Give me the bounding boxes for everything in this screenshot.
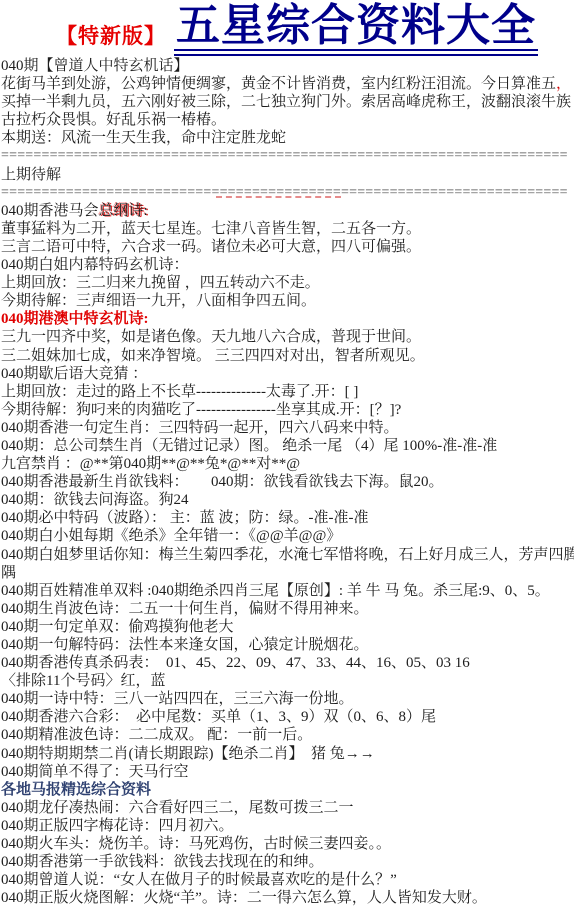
text-line: 040期精准波色诗：二二成双。 配：一前一后。 [1, 726, 574, 744]
lottery-info-sheet: 【特新版】 五星综合资料大全 040期【曾道人中特玄机话】花街马羊到处游，公鸡钟… [0, 0, 574, 908]
separator-line: ========================================… [1, 147, 574, 165]
text-line: 040期龙仔凑热闹：六合看好四三二，尾数可拨三二一 [1, 799, 574, 817]
section-heading: 各地马报精选综合资料 [1, 781, 574, 799]
text-line: 040期【曾道人中特玄机话】 [1, 57, 574, 75]
text-line: 040期歇后语大竞猜 ： [1, 365, 574, 383]
text-segment: 040期正版四字梅花诗：四月初六。 [1, 818, 234, 834]
text-line: 040期香港第一手欲钱料：欲钱去找现在的和绅。 [1, 853, 574, 871]
text-segment: 040期香港第一手欲钱料：欲钱去找现在的和绅。 [1, 854, 324, 870]
text-line: 今期待解：三声细语一九开，八面相争四五间。 [1, 292, 574, 310]
text-segment: 三言二语可中特，六合求一码。诸位未必可大意，四八可偏强。 [1, 239, 421, 255]
text-line: 040期一句定单双：偷鸡摸狗他老大 [1, 618, 574, 636]
text-line: 三言二语可中特，六合求一码。诸位未必可大意，四八可偏强。 [1, 238, 574, 256]
text-line: 040期：欲钱去问海盗。狗24 [1, 491, 574, 509]
text-line: 040期香港传真杀码表： 01、45、22、09、47、33、44、16、05、… [1, 654, 574, 672]
text-line: 三九一四齐中奖，如是诸色像。天九地八六合成，普现于世间。 [1, 328, 574, 346]
text-line: 040期正版四字梅花诗：四月初六。 [1, 817, 574, 835]
text-line: 040期：总公司禁生肖（无错过记录）图。 绝杀一尾 （4）尾 100%-准-准-… [1, 437, 574, 455]
text-segment: 040期香港一句定生肖：三四特码一起开，四六八码来中特。 [1, 420, 399, 436]
text-line: 040期正版火烧图解：火烧“羊”。诗：二一得六怎么算，人人皆知发大财。 [1, 889, 574, 907]
text-line: 040期曾道人说：“女人在做月子的时候最喜欢吃的是什么？” [1, 871, 574, 889]
text-line: 040期香港一句定生肖：三四特码一起开，四六八码来中特。 [1, 419, 574, 437]
text-segment: 040期曾道人说：“女人在做月子的时候最喜欢吃的是什么？” [1, 872, 397, 888]
text-line: 三二姐妹加七成，如来净智境。 三三四四对对出，智者所观见。 [1, 347, 574, 365]
text-segment: 040期生肖波色诗：二五一十何生肖，偏财不得用神来。 [1, 601, 369, 617]
text-segment: 040期白姐梦里话你知：梅兰生菊四季花，水淹七军惜将晚，石上好月成三人，芳声四腾… [1, 547, 574, 563]
print-artifact-red [216, 196, 341, 198]
separator-line: ========================================… [1, 184, 574, 202]
text-segment: 本期送：风流一生天生我，命中注定胜龙蛇 [1, 130, 286, 146]
text-segment: 040期一句解特码：法性本来逢女国，心猿定计脱烟花。 [1, 637, 369, 653]
text-segment: 040期歇后语大竞猜 ： [1, 366, 147, 382]
text-segment: 今期待解：三声细语一九开，八面相争四五间。 [1, 293, 316, 309]
text-segment: 040期特期期禁二肖(请长期跟踪)【绝杀二肖】 猪 兔→→ [1, 746, 375, 762]
text-line: 040期白姐梦里话你知：梅兰生菊四季花，水淹七军惜将晚，石上好月成三人，芳声四腾… [1, 546, 574, 564]
text-segment: 隅 [1, 565, 16, 581]
text-segment: 040期【曾道人中特玄机话】 [1, 58, 189, 74]
text-segment: 040期香港传真杀码表： 01、45、22、09、47、33、44、16、05、… [1, 655, 470, 671]
text-line: 上期待解 [1, 166, 574, 184]
text-line: 040期香港六合彩： 必中尾数：买单（1、3、9）双（0、6、8）尾 [1, 708, 574, 726]
text-line: 今期待解：狗叼来的肉猫吃了----------------坐享其成.开：[？]? [1, 401, 574, 419]
text-segment: 古拉朽众畏惧。好乱乐祸一椿椿。 [1, 112, 226, 128]
text-line: 040期必中特码（波路）： 主：蓝 波；防：绿。-准-准-准 [1, 509, 574, 527]
text-line: 040期白小姐每期《绝杀》全年错一：《@@羊@@》 [1, 527, 574, 545]
text-segment: 040期白姐内幕特码玄机诗： [1, 257, 189, 273]
text-segment: ========================================… [1, 148, 568, 163]
page-title: 五星综合资料大全 [174, 4, 538, 56]
text-segment: 花街马羊到处游，公鸡钟情便绸寥，黄金不计皆消费，室内红粉汪泪流。今日算准五 [1, 76, 556, 92]
text-segment: 三二姐妹加七成，如来净智境。 三三四四对对出，智者所观见。 [1, 348, 425, 364]
text-segment: 今期待解：狗叼来的肉猫吃了----------------坐享其成.开：[？]? [1, 402, 401, 418]
text-segment: 董事猛料为二开，蓝天七星连。七津八音皆生智，二五各一方。 [1, 221, 421, 237]
text-segment: 040期：欲钱去问海盗。狗24 [1, 492, 189, 508]
text-segment: 各地马报精选综合资料 [1, 782, 151, 798]
text-line: 040期百姓精准单双料 :040期绝杀四肖三尾【原创】: 羊 牛 马 兔。杀三尾… [1, 582, 574, 600]
text-segment: 040期白小姐每期《绝杀》全年错一：《@@羊@@》 [1, 528, 341, 544]
text-segment: 040期：总公司禁生肖（无错过记录）图。 绝杀一尾 （4）尾 100%-准-准-… [1, 438, 497, 454]
text-segment: 040期正版火烧图解：火烧“羊”。诗：二一得六怎么算，人人皆知发大财。 [1, 890, 487, 906]
text-segment: 九宫禁肖 ：@**第040期**@**兔*@**对**@ [1, 456, 300, 472]
text-line: 040期火车头：烧伤羊。诗：马死鸡伤，古时候三妻四妾。。 [1, 835, 574, 853]
text-line: 040期一诗中特：三八一站四四在，三三六海一份地。 [1, 690, 574, 708]
text-segment: 040期百姓精准单双料 :040期绝杀四肖三尾【原创】: 羊 牛 马 兔。杀三尾… [1, 583, 550, 599]
text-line: 040期香港马会总纲诗: [1, 202, 574, 220]
text-segment: 〈排除11个号码〉红，蓝 [1, 673, 165, 689]
text-line: 九宫禁肖 ：@**第040期**@**兔*@**对**@ [1, 455, 574, 473]
text-segment: 040期港澳中特玄机诗: [1, 311, 149, 327]
text-line: 040期港澳中特玄机诗: [1, 310, 574, 328]
page-header: 【特新版】 五星综合资料大全 [0, 4, 574, 56]
text-segment: 040期香港马会 [1, 203, 99, 219]
text-segment: 040期香港最新生肖欲钱料： 040期：欲钱看欲钱去下海。鼠20。 [1, 474, 444, 490]
content-lines: 040期【曾道人中特玄机话】花街马羊到处游，公鸡钟情便绸寥，黄金不计皆消费，室内… [1, 57, 574, 907]
text-segment: 三九一四齐中奖，如是诸色像。天九地八六合成，普现于世间。 [1, 329, 421, 345]
text-segment: 040期火车头：烧伤羊。诗：马死鸡伤，古时候三妻四妾。。 [1, 836, 391, 852]
text-line: 040期香港最新生肖欲钱料： 040期：欲钱看欲钱去下海。鼠20。 [1, 473, 574, 491]
text-line: 花街马羊到处游，公鸡钟情便绸寥，黄金不计皆消费，室内红粉汪泪流。今日算准五， [1, 75, 574, 93]
text-line: 古拉朽众畏惧。好乱乐祸一椿椿。 [1, 111, 574, 129]
text-segment: 040期龙仔凑热闹：六合看好四三二，尾数可拨三二一 [1, 800, 354, 816]
text-line: 上期回放：三二归来九挽留 ，四五转动六不走。 [1, 274, 574, 292]
text-line: 买掉一半剩九员，五六刚好被三除，二七独立狗门外。索居高峰虎称王，波翻浪滚牛族 [1, 93, 574, 111]
text-segment: 上期回放：走过的路上不长草--------------太毒了.开：[ ] [1, 384, 358, 400]
text-segment: 040期一诗中特：三八一站四四在，三三六海一份地。 [1, 691, 354, 707]
text-line: 〈排除11个号码〉红，蓝 [1, 672, 574, 690]
text-segment: 总纲诗: [99, 203, 148, 219]
text-line: 董事猛料为二开，蓝天七星连。七津八音皆生智，二五各一方。 [1, 220, 574, 238]
text-segment: 040期一句定单双：偷鸡摸狗他老大 [1, 619, 234, 635]
text-segment: 040期香港六合彩： 必中尾数：买单（1、3、9）双（0、6、8）尾 [1, 709, 436, 725]
text-line: 上期回放：走过的路上不长草--------------太毒了.开：[ ] [1, 383, 574, 401]
text-segment: 040期精准波色诗：二二成双。 配：一前一后。 [1, 727, 312, 743]
text-line: 本期送：风流一生天生我，命中注定胜龙蛇 [1, 129, 574, 147]
text-line: 040期一句解特码：法性本来逢女国，心猿定计脱烟花。 [1, 636, 574, 654]
text-line: 040期白姐内幕特码玄机诗： [1, 256, 574, 274]
text-line: 040期生肖波色诗：二五一十何生肖，偏财不得用神来。 [1, 600, 574, 618]
text-segment: 上期回放：三二归来九挽留 ，四五转动六不走。 [1, 275, 320, 291]
text-segment: 040期必中特码（波路）： 主：蓝 波；防：绿。-准-准-准 [1, 510, 369, 526]
text-line: 隅 [1, 564, 574, 582]
text-segment: 040期简单不得了：天马行空 [1, 764, 189, 780]
text-segment: 买掉一半剩九员，五六刚好被三除，二七独立狗门外。索居高峰虎称王，波翻浪滚牛族 [1, 94, 571, 110]
text-segment: ， [556, 76, 571, 92]
text-line: 040期简单不得了：天马行空 [1, 763, 574, 781]
text-segment: 上期待解 [1, 167, 61, 183]
text-line: 040期特期期禁二肖(请长期跟踪)【绝杀二肖】 猪 兔→→ [1, 745, 574, 763]
edition-badge: 【特新版】 [56, 20, 166, 50]
